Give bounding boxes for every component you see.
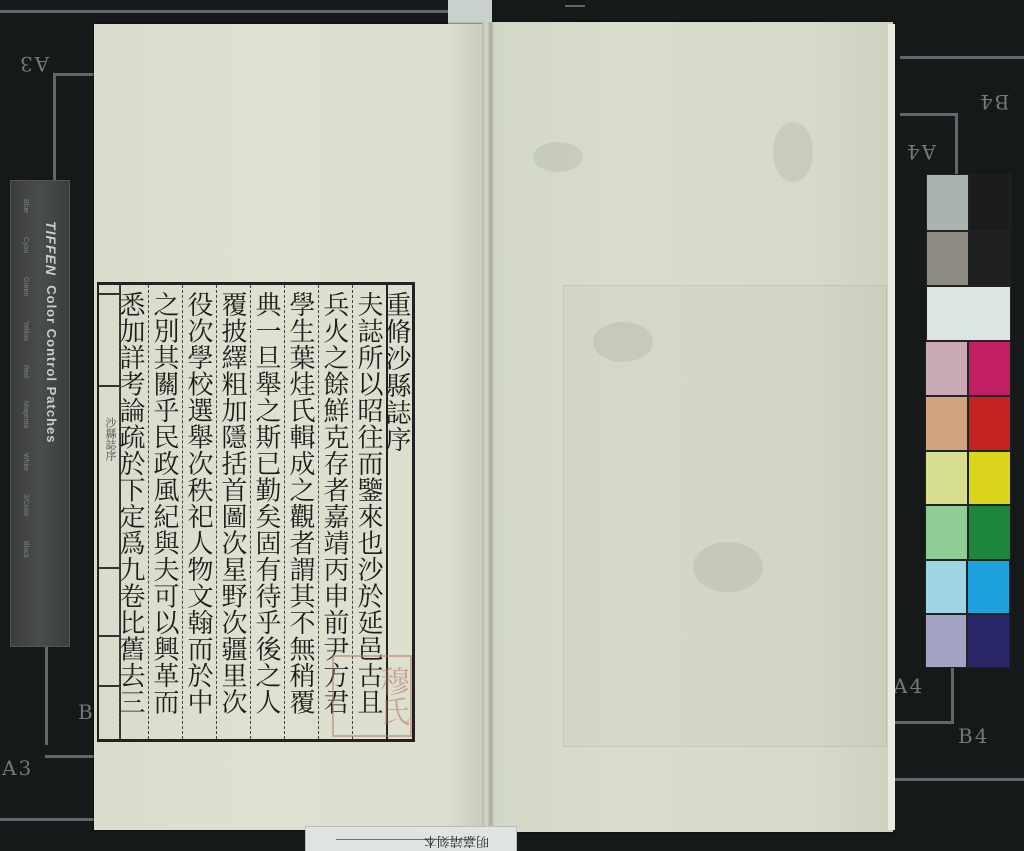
collector-seal: 穆氏: [332, 655, 412, 737]
tiffen-color-name: Yellow: [22, 321, 29, 341]
fishtail-mark: [99, 635, 121, 637]
bed-label-b-left: B: [78, 700, 95, 724]
fishtail-mark: [99, 293, 121, 295]
patch-light-gray: [926, 174, 969, 231]
page-stain: [533, 142, 583, 172]
patch-yellow: [968, 451, 1011, 505]
fishtail-mark: [99, 685, 121, 687]
patch-cyan: [967, 560, 1010, 614]
bed-label-a4-top: A4: [905, 140, 936, 164]
patch-pale-yellow: [925, 451, 968, 505]
margin-title: 沙縣誌序: [102, 417, 118, 461]
patch-mid-gray: [926, 231, 969, 286]
patch-magenta: [968, 341, 1011, 396]
bed-guide-left-lower-v: [45, 645, 48, 745]
tiffen-color-name: Black: [22, 541, 29, 558]
patch-black-2: [968, 231, 1011, 286]
bed-label-a3-bottom: A3: [2, 756, 33, 780]
bed-guide-a4-lower-v: [951, 668, 954, 724]
tiffen-color-name: Blue: [22, 199, 29, 213]
top-paper-tab: [448, 0, 492, 24]
patch-pale-cyan: [925, 560, 967, 614]
bed-guide-top: [0, 10, 450, 13]
tiffen-brand-label: TIFFEN Color Control Patches: [29, 221, 59, 443]
text-column: 役次學校選舉次秩祀人物文翰而於中各有條目: [182, 285, 216, 739]
patch-black-1: [968, 174, 1011, 231]
fishtail-mark: [99, 567, 121, 569]
tiffen-color-names: Blue Cyan Green Yellow Red Magenta White…: [15, 199, 29, 580]
bed-guide-right-bottom: [893, 778, 1024, 781]
patch-red: [968, 396, 1011, 451]
bed-label-b4-top: B4: [978, 90, 1009, 114]
patch-pale-green: [925, 505, 968, 560]
patch-white: [926, 286, 1011, 341]
bed-guide-a4-corner-h: [900, 113, 958, 116]
bed-guide-a4-corner-v: [955, 113, 958, 175]
right-page-edge: [888, 24, 895, 830]
page-stain: [773, 122, 813, 182]
tiffen-color-name: 3/Color: [22, 494, 29, 517]
patch-lavender: [925, 614, 967, 668]
text-column: 覆披繹粗加隱括首圖次星野次疆里次職制次賦: [216, 285, 250, 739]
text-column: 學生葉烓氏輯成之觀者謂其不無稍覆夫百年曠: [284, 285, 318, 739]
color-calibration-chart: [925, 174, 1011, 668]
text-column: 悉加詳考論疏於下定爲九卷比舊去三之一昔歐: [119, 285, 148, 739]
patch-green: [968, 505, 1011, 560]
text-column: 典一旦舉之斯已勤矣固有待乎後之人也間中丈: [250, 285, 284, 739]
bed-label-b4-bottom: B4: [958, 724, 989, 748]
bed-guide-a4-lower-h: [893, 721, 953, 724]
bed-guide-left-bottom: [0, 818, 97, 821]
tiffen-color-name: Magenta: [22, 401, 29, 428]
patch-pink: [925, 341, 968, 396]
bed-label-a3-top: A3: [18, 52, 49, 76]
tag-text: 明嘉靖刻本: [424, 833, 489, 851]
patch-tan: [925, 396, 968, 451]
catalog-tag: 明嘉靖刻本: [305, 826, 517, 851]
tiffen-color-name: White: [22, 453, 29, 471]
tiffen-color-name: Red: [22, 365, 29, 378]
patch-navy: [967, 614, 1010, 668]
bed-guide-top-right: [565, 5, 585, 7]
bed-guide-a3-corner-h: [53, 73, 95, 76]
bed-label-a4-bottom: A4: [893, 674, 924, 698]
show-through-frame: [563, 285, 887, 747]
tiffen-color-name: Cyan: [22, 237, 29, 253]
tiffen-color-strip: Blue Cyan Green Yellow Red Magenta White…: [10, 180, 70, 647]
fishtail-mark: [99, 385, 121, 387]
bed-guide-right-top: [900, 56, 1024, 59]
text-column: 之別其關乎民政風紀與夫可以興革而未遽行者: [148, 285, 182, 739]
book-gutter: [482, 22, 494, 830]
bed-guide-left-lower-h: [45, 755, 97, 758]
block-margin-column: 沙縣誌序: [99, 285, 121, 739]
bed-guide-a3-corner-v: [53, 73, 56, 183]
tiffen-color-name: Green: [22, 277, 29, 296]
tiffen-title: Color Control Patches: [44, 285, 59, 443]
tiffen-logo: TIFFEN: [43, 221, 59, 276]
